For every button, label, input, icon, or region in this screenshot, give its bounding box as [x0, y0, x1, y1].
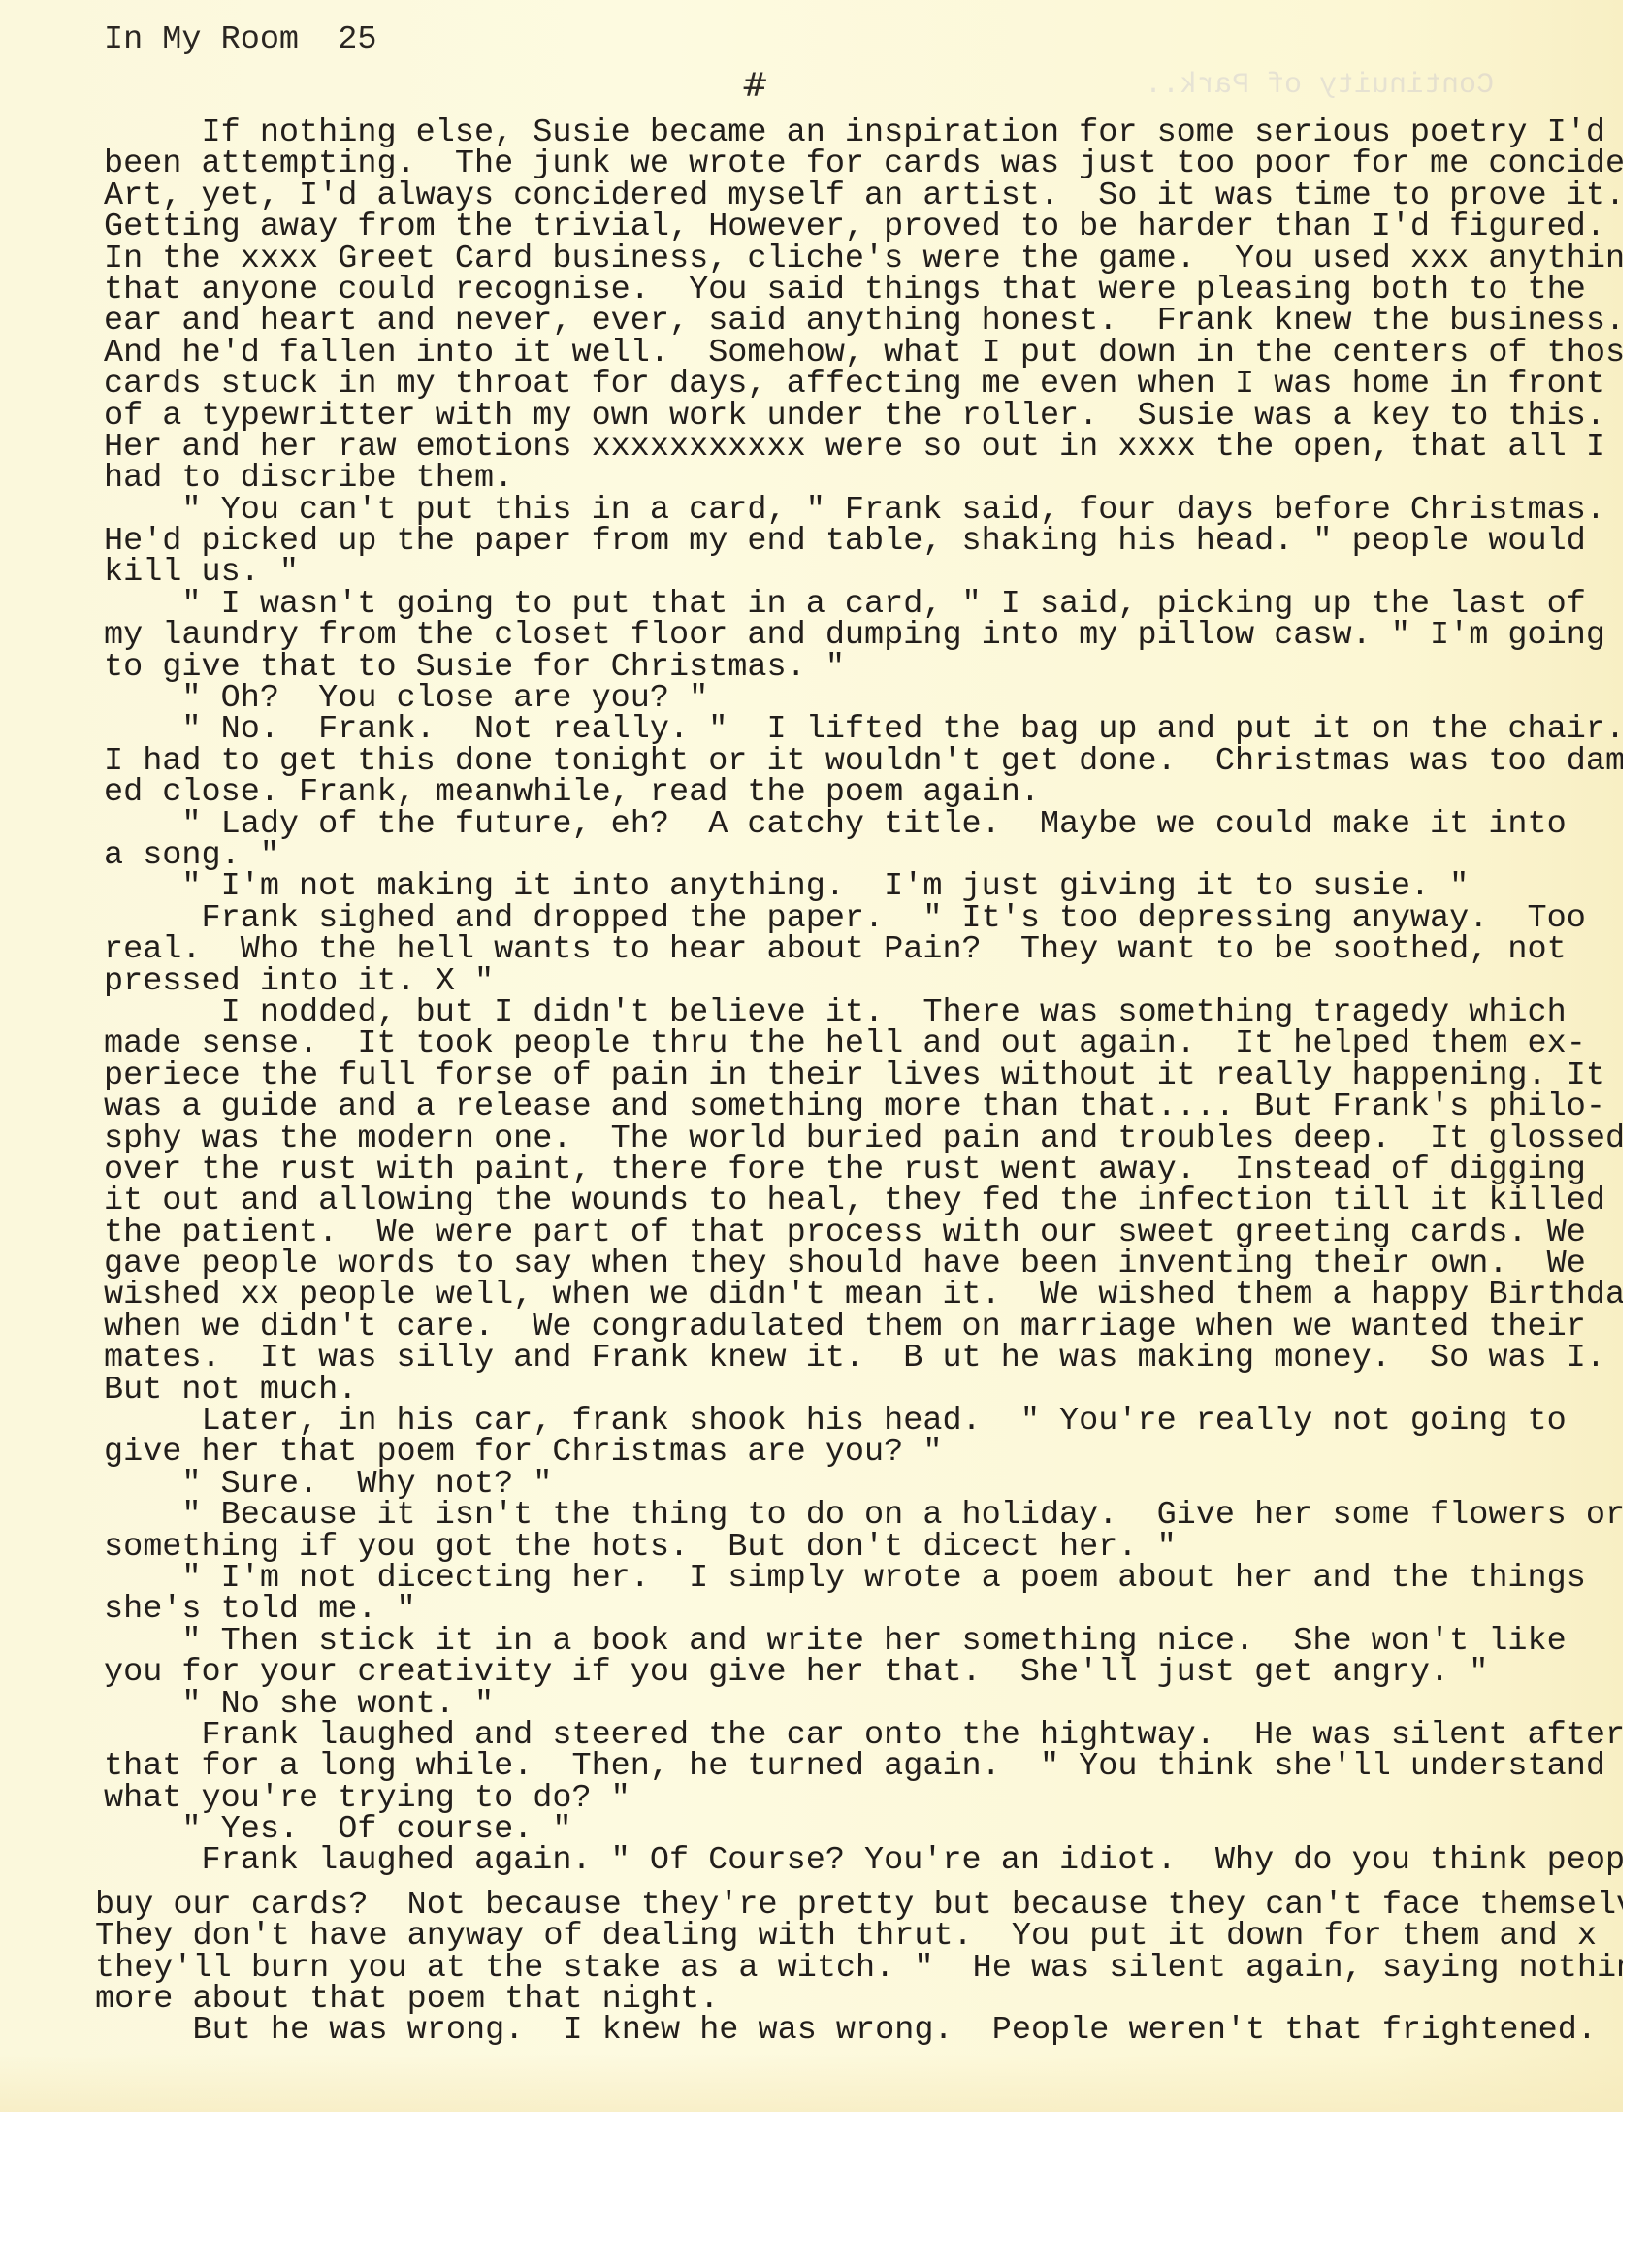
- text-line: that for a long while. Then, he turned a…: [104, 1751, 1623, 1782]
- text-line: " I'm not making it into anything. I'm j…: [104, 871, 1623, 902]
- text-line: buy our cards? Not because they're prett…: [95, 1890, 1623, 1921]
- text-line: a song. ": [104, 840, 1623, 871]
- text-line: ed close. Frank, meanwhile, read the poe…: [104, 777, 1623, 808]
- section-break-mark: #: [741, 66, 769, 105]
- text-line: " I'm not dicecting her. I simply wrote …: [104, 1563, 1623, 1594]
- text-line: was a guide and a release and something …: [104, 1091, 1623, 1122]
- text-line: " Oh? You close are you? ": [104, 683, 1623, 714]
- text-line: Art, yet, I'd always concidered myself a…: [104, 180, 1623, 211]
- text-line: " No. Frank. Not really. " I lifted the …: [104, 714, 1623, 745]
- text-line: " No she wont. ": [104, 1689, 1623, 1720]
- text-line: over the rust with paint, there fore the…: [104, 1154, 1623, 1185]
- page-header: In My Room 25: [104, 21, 376, 58]
- text-line: she's told me. ": [104, 1594, 1623, 1625]
- text-line: They don't have anyway of dealing with t…: [95, 1921, 1623, 1952]
- text-line: wished xx people well, when we didn't me…: [104, 1280, 1623, 1311]
- text-line: If nothing else, Susie became an inspira…: [104, 117, 1623, 148]
- text-line: " You can't put this in a card, " Frank …: [104, 495, 1623, 526]
- text-line: the patient. We were part of that proces…: [104, 1217, 1623, 1248]
- text-line: " Yes. Of course. ": [104, 1814, 1623, 1845]
- text-line: " Lady of the future, eh? A catchy title…: [104, 809, 1623, 840]
- text-line: gave people words to say when they shoul…: [104, 1248, 1623, 1280]
- text-line: it out and allowing the wounds to heal, …: [104, 1185, 1623, 1216]
- text-line: He'd picked up the paper from my end tab…: [104, 526, 1623, 557]
- text-line: give her that poem for Christmas are you…: [104, 1437, 1623, 1468]
- text-line: Frank laughed and steered the car onto t…: [104, 1720, 1623, 1751]
- text-line: pressed into it. X ": [104, 966, 1623, 997]
- text-line: I nodded, but I didn't believe it. There…: [104, 997, 1623, 1028]
- text-line: when we didn't care. We congradulated th…: [104, 1312, 1623, 1343]
- text-line: mates. It was silly and Frank knew it. B…: [104, 1343, 1623, 1374]
- text-line: that anyone could recognise. You said th…: [104, 275, 1623, 306]
- text-line: In the xxxx Greet Card business, cliche'…: [104, 243, 1623, 275]
- text-line: " Because it isn't the thing to do on a …: [104, 1500, 1623, 1531]
- text-line: more about that poem that night.: [95, 1984, 1623, 2015]
- text-line: had to discribe them.: [104, 463, 1623, 494]
- text-line: made sense. It took people thru the hell…: [104, 1028, 1623, 1059]
- text-line: what you're trying to do? ": [104, 1783, 1623, 1814]
- text-line: Her and her raw emotions xxxxxxxxxxx wer…: [104, 432, 1623, 463]
- text-line: kill us. ": [104, 557, 1623, 588]
- text-line: something if you got the hots. But don't…: [104, 1532, 1623, 1563]
- text-line: And he'd fallen into it well. Somehow, w…: [104, 338, 1623, 369]
- text-line: " Then stick it in a book and write her …: [104, 1626, 1623, 1657]
- text-line: my laundry from the closet floor and dum…: [104, 620, 1623, 651]
- text-line: Later, in his car, frank shook his head.…: [104, 1406, 1623, 1437]
- text-line: Frank sighed and dropped the paper. " It…: [104, 903, 1623, 934]
- text-line: they'll burn you at the stake as a witch…: [95, 1953, 1623, 1984]
- text-line: Getting away from the trivial, However, …: [104, 211, 1623, 243]
- text-line: But he was wrong. I knew he was wrong. P…: [95, 2015, 1623, 2046]
- text-line: been attempting. The junk we wrote for c…: [104, 148, 1623, 179]
- text-line: you for your creativity if you give her …: [104, 1657, 1623, 1688]
- text-line: I had to get this done tonight or it wou…: [104, 746, 1623, 777]
- text-line: sphy was the modern one. The world burie…: [104, 1123, 1623, 1154]
- text-line: " I wasn't going to put that in a card, …: [104, 589, 1623, 620]
- manuscript-body: If nothing else, Susie became an inspira…: [104, 117, 1623, 2047]
- text-line: " Sure. Why not? ": [104, 1469, 1623, 1500]
- typewritten-page: Continuity of Park.. In My Room 25 # If …: [0, 0, 1623, 2112]
- text-line: cards stuck in my throat for days, affec…: [104, 369, 1623, 400]
- text-line: Frank laughed again. " Of Course? You're…: [104, 1845, 1623, 1876]
- text-line: to give that to Susie for Christmas. ": [104, 652, 1623, 683]
- showthrough-text: Continuity of Park..: [1145, 70, 1494, 101]
- text-line: real. Who the hell wants to hear about P…: [104, 934, 1623, 965]
- text-line: ear and heart and never, ever, said anyt…: [104, 306, 1623, 337]
- text-line: of a typewritter with my own work under …: [104, 401, 1623, 432]
- text-line: periece the full forse of pain in their …: [104, 1060, 1623, 1091]
- text-line: But not much.: [104, 1375, 1623, 1406]
